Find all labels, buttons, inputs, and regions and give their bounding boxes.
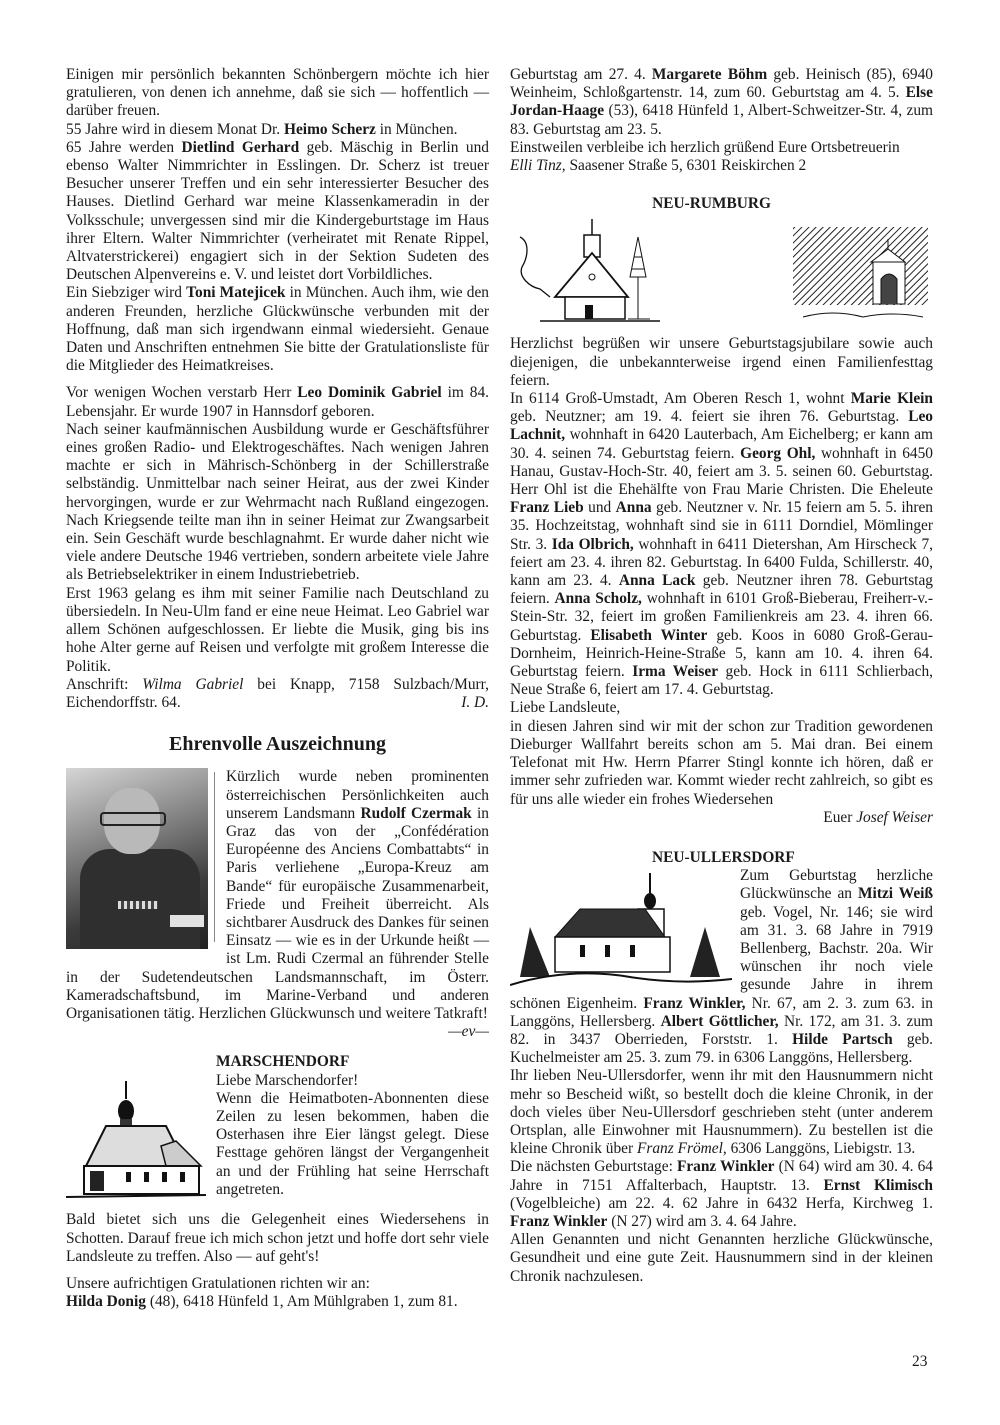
closing-line: Einstweilen verbleibe ich herzlich grüße…: [510, 139, 933, 157]
neu-ullersdorf-chronicle: Ihr lieben Neu-Ullersdorfer, wenn ihr mi…: [510, 1067, 933, 1158]
person-name: Rudolf Czermak: [360, 805, 471, 822]
neu-rumburg-heading: NEU-RUMBURG: [490, 195, 933, 213]
person-name: Ida Olbrich,: [552, 536, 634, 553]
person-name: Franz Winkler: [510, 1213, 607, 1230]
church-sketch-icon: [66, 1071, 206, 1201]
neu-rumburg-section: NEU-RUMBURG: [510, 195, 933, 827]
person-name: Albert Göttlicher,: [661, 1013, 779, 1030]
neu-rumburg-signature: Euer Josef Weiser: [510, 809, 933, 827]
obituary-section: Vor wenigen Wochen verstarb Herr Leo Dom…: [66, 384, 489, 712]
birthday-greetings-section: Einigen mir persönlich bekannten Schönbe…: [66, 66, 489, 375]
person-name: Elli Tinz,: [510, 157, 566, 174]
closing-signature: Elli Tinz, Saasener Straße 5, 6301 Reisk…: [510, 157, 933, 175]
award-signature: —ev—: [66, 1023, 489, 1041]
neu-rumburg-pilgrimage: in diesen Jahren sind wir mit der schon …: [510, 718, 933, 809]
person-name: Franz Winkler,: [643, 995, 745, 1012]
obituary-later-life: Erst 1963 gelang es ihm mit seiner Famil…: [66, 585, 489, 676]
person-name: Georg Ohl,: [740, 445, 815, 462]
portrait-photo: [66, 768, 208, 949]
armband-shape: [170, 915, 204, 927]
gerhard-paragraph: 65 Jahre werden Dietlind Gerhard geb. Mä…: [66, 139, 489, 285]
marschendorf-section: MARSCHENDORF Liebe Marschendorfer! Wenn …: [66, 1053, 489, 1311]
neu-ullersdorf-next-birthdays: Die nächsten Geburtstage: Franz Winkler …: [510, 1158, 933, 1231]
neu-ullersdorf-section: NEU-ULLERSDORF Zum Geburtstag herzliche …: [510, 849, 933, 1286]
person-name: Franz Winkler: [677, 1158, 775, 1175]
person-name: Josef Weiser: [856, 809, 933, 826]
neu-ullersdorf-heading: NEU-ULLERSDORF: [510, 849, 933, 867]
intro-paragraph: Einigen mir persönlich bekannten Schönbe…: [66, 66, 489, 121]
neu-rumburg-illustrations: [510, 217, 933, 327]
village-church-sketch-icon: [510, 217, 670, 325]
person-name: Hilda Donig: [66, 1293, 146, 1310]
marschendorf-church-illustration: [66, 1071, 206, 1211]
person-name: Irma Weiser: [632, 663, 718, 680]
marschendorf-birthdays: Geburtstag am 27. 4. Margarete Böhm geb.…: [510, 66, 933, 139]
marschendorf-paragraph-2: Bald bietet sich uns die Gelegenheit ein…: [66, 1211, 489, 1266]
person-name: Anna: [616, 499, 652, 516]
neu-rumburg-salutation: Liebe Landsleute,: [510, 699, 933, 717]
marschendorf-paragraph-3: Unsere aufrichtigen Gratulationen richte…: [66, 1275, 489, 1293]
person-name: Marie Klein: [851, 390, 933, 407]
person-name: Leo Dominik Gabriel: [297, 384, 441, 401]
glasses-shape: [100, 812, 166, 826]
neu-ullersdorf-church-illustration: [510, 867, 732, 993]
portrait-figure: [66, 768, 218, 952]
forest-chapel-sketch-icon: [783, 217, 933, 325]
award-section: Ehrenvolle Auszeichnung Kürzlich wurde n…: [66, 732, 489, 1041]
person-name: Dietlind Gerhard: [181, 139, 299, 156]
person-name: Mitzi Weiß: [858, 885, 933, 902]
left-column: Einigen mir persönlich bekannten Schönbe…: [66, 66, 489, 1311]
marschendorf-heading: MARSCHENDORF: [66, 1053, 489, 1071]
page-number: 23: [912, 1353, 927, 1371]
matejicek-paragraph: Ein Siebziger wird Toni Matejicek in Mün…: [66, 284, 489, 375]
person-name: Anna Lack: [619, 572, 696, 589]
obituary-intro: Vor wenigen Wochen verstarb Herr Leo Dom…: [66, 384, 489, 420]
marschendorf-donig: Hilda Donig (48), 6418 Hünfeld 1, Am Müh…: [66, 1293, 489, 1311]
neu-ullersdorf-closing: Allen Genannten und nicht Genannten herz…: [510, 1231, 933, 1286]
award-heading: Ehrenvolle Auszeichnung: [66, 732, 489, 756]
divider-line: [214, 772, 215, 942]
neu-rumburg-intro: Herzlichst begrüßen wir unsere Geburtsta…: [510, 335, 933, 390]
person-name: Margarete Böhm: [652, 66, 767, 83]
person-name: Franz Frömel,: [637, 1140, 727, 1157]
person-name: Elisabeth Winter: [590, 627, 707, 644]
person-name: Hilde Partsch: [792, 1031, 893, 1048]
person-name: Heimo Scherz: [284, 121, 376, 138]
obituary-career: Nach seiner kaufmännischen Ausbildung wu…: [66, 421, 489, 585]
scherz-paragraph: 55 Jahre wird in diesem Monat Dr. Heimo …: [66, 121, 489, 139]
person-name: Franz Lieb: [510, 499, 584, 516]
person-name: Ernst Klimisch: [823, 1177, 933, 1194]
hill-church-sketch-icon: [510, 867, 732, 989]
medals-shape: [118, 901, 158, 909]
person-name: Anna Scholz,: [555, 590, 642, 607]
person-name: Wilma Gabriel: [142, 676, 243, 693]
marschendorf-continued-section: Geburtstag am 27. 4. Margarete Böhm geb.…: [510, 66, 933, 175]
right-column: Geburtstag am 27. 4. Margarete Böhm geb.…: [510, 66, 933, 1286]
neu-rumburg-birthdays: In 6114 Groß-Umstadt, Am Oberen Resch 1,…: [510, 390, 933, 699]
person-name: Toni Matejicek: [186, 284, 285, 301]
